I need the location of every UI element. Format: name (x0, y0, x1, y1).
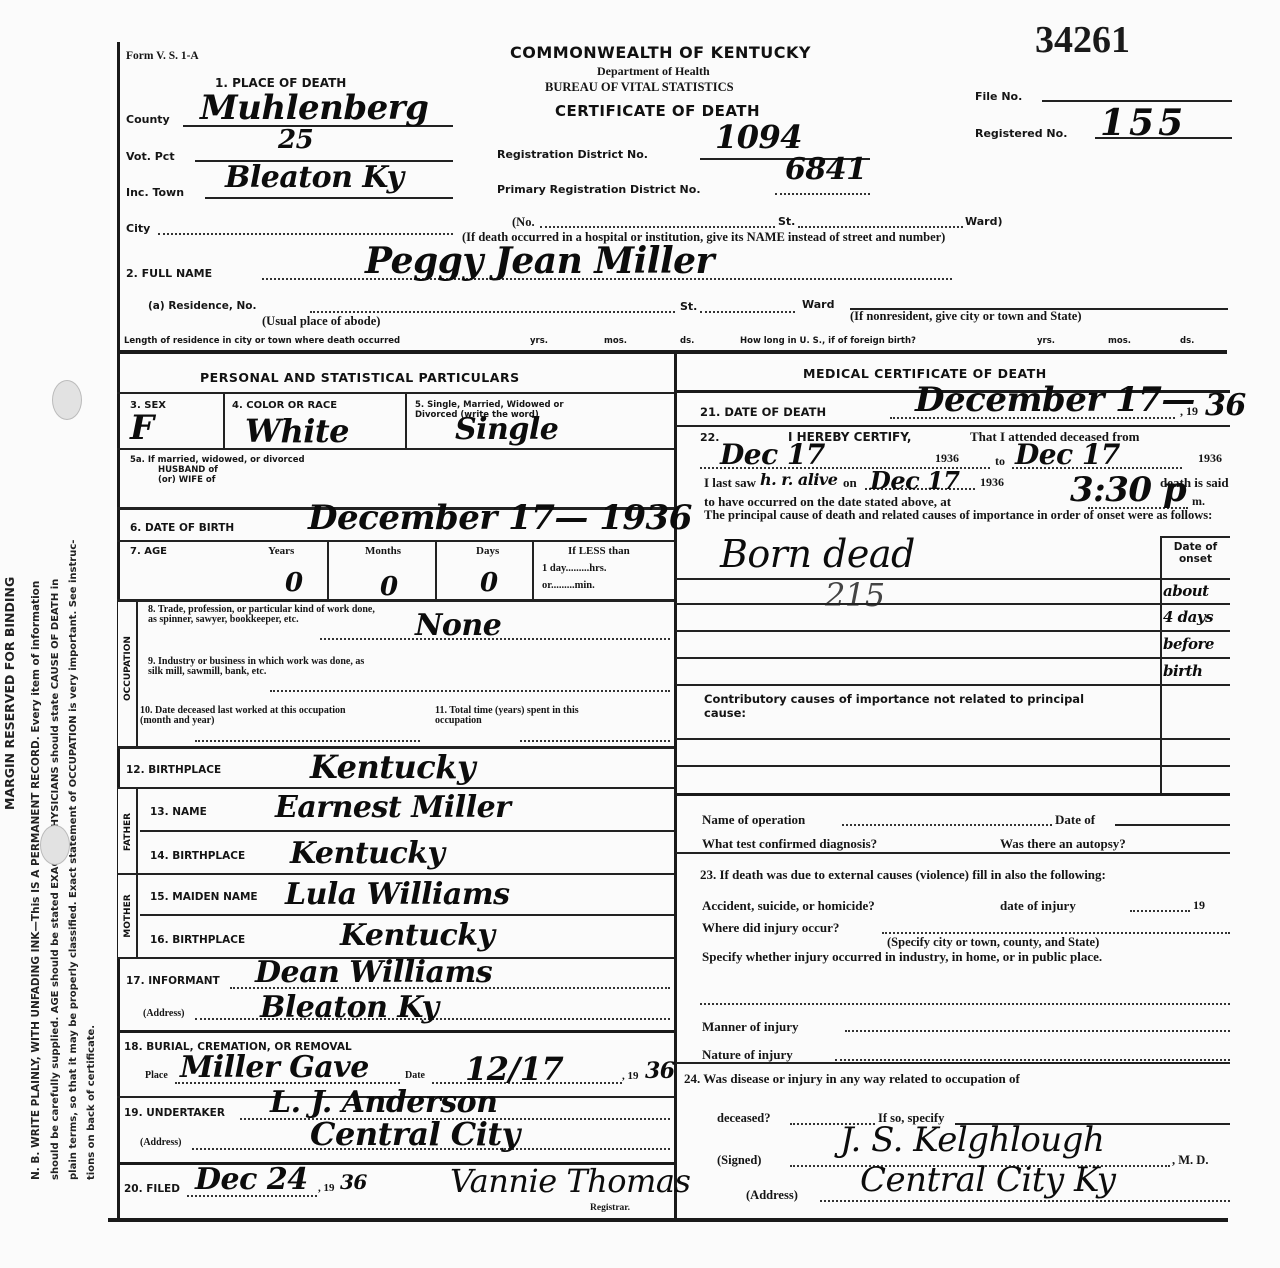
father-side-tag: FATHER (118, 789, 138, 875)
primary-district-value[interactable]: 6841 (785, 152, 867, 187)
dob-row-rule (117, 540, 674, 542)
age-years-value[interactable]: 0 (285, 568, 303, 598)
dob-label: 6. DATE OF BIRTH (130, 522, 234, 534)
father-name-label: 13. NAME (150, 806, 207, 818)
operation-date-label: Date of (1055, 812, 1095, 828)
city-line (158, 233, 453, 235)
public-place-line (700, 1003, 1230, 1005)
physician-address-label: (Address) (746, 1188, 798, 1203)
cause-line-5 (676, 684, 1230, 686)
specify-city-note: (Specify city or town, county, and State… (887, 935, 1099, 950)
cause-code-value[interactable]: 215 (825, 576, 885, 614)
inc-town-line (205, 197, 453, 199)
age-row-rule (117, 599, 674, 602)
personal-title-rule (117, 392, 674, 394)
informant-address-value[interactable]: Bleaton Ky (260, 990, 439, 1025)
time-value[interactable]: 3:30 p (1070, 470, 1186, 510)
informant-row-rule (117, 1030, 674, 1033)
total-time-label: 11. Total time (years) spent in this occ… (435, 706, 585, 726)
punch-hole-bottom (40, 825, 70, 865)
age-months-value[interactable]: 0 (380, 572, 398, 602)
birthplace-value[interactable]: Kentucky (310, 748, 475, 786)
father-birthplace-rule (117, 873, 674, 875)
street-no-label: (No. (512, 215, 535, 230)
foreign-birth-label: How long in U. S., if of foreign birth? (740, 336, 916, 346)
last-saw-year: 1936 (980, 475, 1004, 490)
street-st-line (798, 226, 963, 228)
operation-date-line (1115, 824, 1230, 826)
last-worked-label: 10. Date deceased last worked at this oc… (140, 706, 360, 726)
last-saw-on-label: on (843, 475, 857, 491)
informant-value[interactable]: Dean Williams (255, 955, 492, 990)
spouse-label-1: 5a. If married, widowed, or divorced (130, 455, 305, 465)
date-of-death-year-value[interactable]: 36 (1205, 388, 1246, 423)
race-label: 4. COLOR OR RACE (232, 400, 337, 411)
age-days-label: Days (476, 545, 499, 557)
md-label: , M. D. (1172, 1153, 1208, 1168)
last-saw-who[interactable]: h. r. alive (760, 470, 837, 489)
sex-value[interactable]: F (130, 408, 154, 448)
undertaker-address-label: (Address) (140, 1137, 181, 1148)
last-saw-label: I last saw (704, 475, 756, 491)
margin-instructions-line4: tions on back of certificate. (86, 1025, 97, 1180)
frame-bottom-border (108, 1218, 1228, 1222)
certify-number: 22. (700, 431, 720, 444)
onset-line-4[interactable]: birth (1163, 662, 1202, 680)
registered-no-label: Registered No. (975, 127, 1067, 140)
contributory-bottom-rule (676, 793, 1230, 796)
cause-line-1 (676, 578, 1230, 580)
street-st-label: St. (778, 215, 795, 228)
department-label: Department of Health (597, 64, 710, 79)
contributory-label: Contributory causes of importance not re… (704, 692, 1124, 720)
inc-town-label: Inc. Town (126, 186, 184, 199)
header-bottom-rule (117, 350, 1227, 354)
operation-label: Name of operation (702, 812, 805, 828)
physician-address-line (820, 1200, 1230, 1202)
county-label: County (126, 113, 170, 126)
registration-district-label: Registration District No. (497, 148, 648, 161)
where-injury-line (882, 932, 1230, 934)
time-m-label: m. (1192, 494, 1205, 509)
occupation-related-label: 24. Was disease or injury in any way rel… (684, 1071, 1020, 1087)
injury-date-label: date of injury (1000, 898, 1076, 914)
attended-from-year: 1936 (935, 451, 959, 466)
informant-address-label: (Address) (143, 1008, 184, 1019)
residence-st-line (700, 311, 795, 313)
test-autopsy-rule (676, 852, 1230, 854)
contributory-line-1 (676, 738, 1230, 740)
father-name-value[interactable]: Earnest Miller (275, 790, 511, 825)
length-mos-label: mos. (604, 336, 627, 346)
signed-label: (Signed) (717, 1153, 761, 1168)
registrar-signature[interactable]: Vannie Thomas (450, 1162, 690, 1200)
form-id: Form V. S. 1-A (126, 50, 199, 62)
external-causes-label: 23. If death was due to external causes … (702, 868, 1242, 881)
total-time-line (520, 740, 670, 742)
mother-birthplace-value[interactable]: Kentucky (340, 918, 494, 953)
operation-line (842, 824, 1052, 826)
primary-district-label: Primary Registration District No. (497, 183, 701, 196)
onset-box-top (1160, 536, 1230, 538)
industry-label: 9. Industry or business in which work wa… (148, 657, 368, 677)
trade-label: 8. Trade, profession, or particular kind… (148, 605, 378, 625)
burial-place-value[interactable]: Miller Gave (180, 1050, 369, 1085)
registered-no-value[interactable]: 155 (1100, 102, 1187, 144)
industry-line (270, 690, 670, 692)
onset-line-3[interactable]: before (1163, 635, 1214, 653)
margin-instructions-line2: should be carefully supplied. AGE should… (50, 579, 61, 1180)
margin-binding-label: MARGIN RESERVED FOR BINDING (2, 577, 17, 810)
less-than-min: or.........min. (542, 580, 595, 591)
onset-box-left (1160, 536, 1162, 796)
filed-date-value[interactable]: Dec 24 (195, 1162, 308, 1197)
informant-label: 17. INFORMANT (126, 975, 220, 987)
residence-label: (a) Residence, No. (148, 300, 257, 312)
nonresident-note: (If nonresident, give city or town and S… (850, 309, 1081, 324)
burial-year-value[interactable]: 36 (645, 1058, 675, 1084)
contributory-line-2 (676, 765, 1230, 767)
medical-section-title: MEDICAL CERTIFICATE OF DEATH (803, 366, 1047, 381)
nature-injury-line (835, 1059, 1230, 1061)
filed-year-value[interactable]: 36 (340, 1170, 367, 1194)
onset-line-1[interactable]: about (1163, 582, 1209, 600)
length-yrs-label: yrs. (530, 336, 548, 346)
mother-maiden-value[interactable]: Lula Williams (285, 877, 510, 912)
file-no-label: File No. (975, 90, 1022, 103)
burial-year-prefix: , 19 (622, 1070, 639, 1082)
residence-note: (Usual place of abode) (262, 314, 380, 329)
filed-label: 20. FILED (124, 1183, 180, 1195)
marital-row-rule (117, 448, 674, 450)
bureau-label: BUREAU OF VITAL STATISTICS (545, 80, 734, 95)
binding-margin: MARGIN RESERVED FOR BINDING N. B. WRITE … (0, 80, 105, 1200)
burial-date-label: Date (405, 1070, 425, 1081)
manner-injury-label: Manner of injury (702, 1019, 799, 1035)
last-worked-line (195, 740, 420, 742)
trade-value[interactable]: None (415, 608, 501, 643)
foreign-ds-label: ds. (1180, 336, 1194, 346)
manner-injury-line (845, 1030, 1230, 1032)
birthplace-label: 12. BIRTHPLACE (126, 764, 221, 776)
residence-st-label: St. (680, 300, 697, 313)
full-name-value[interactable]: Peggy Jean Miller (365, 240, 714, 282)
cause-line-2 (676, 603, 1230, 605)
onset-label: Date of onset (1168, 541, 1223, 565)
last-saw-date[interactable]: Dec 17 (870, 466, 959, 495)
father-name-rule (140, 830, 674, 832)
cause-line-3 (676, 630, 1230, 632)
mother-maiden-label: 15. MAIDEN NAME (150, 891, 258, 903)
registrar-label: Registrar. (590, 1203, 630, 1213)
attended-to-value[interactable]: Dec 17 (1015, 438, 1120, 471)
birthplace-row-rule (117, 787, 674, 789)
city-label: City (126, 222, 150, 235)
specify-whether-label: Specify whether injury occurred in indus… (702, 950, 1242, 963)
test-label: What test confirmed diagnosis? (702, 836, 877, 852)
nature-injury-rule (676, 1062, 1230, 1064)
where-injury-label: Where did injury occur? (702, 920, 839, 936)
margin-instructions-line3: plain terms, so that it may be properly … (68, 540, 79, 1180)
age-years-divider (327, 541, 329, 600)
punch-hole-top (52, 380, 82, 420)
deceased-label: deceased? (717, 1111, 770, 1126)
marital-value[interactable]: Single (455, 412, 558, 447)
date-of-death-label: 21. DATE OF DEATH (700, 405, 826, 419)
foreign-mos-label: mos. (1108, 336, 1131, 346)
age-days-divider (532, 541, 534, 600)
age-years-label: Years (268, 545, 294, 557)
margin-instructions-line1: N. B. WRITE PLAINLY, WITH UNFADING INK—T… (30, 581, 42, 1180)
full-name-label: 2. FULL NAME (126, 267, 212, 280)
spouse-label-2: HUSBAND of (158, 465, 218, 475)
age-months-label: Months (365, 545, 401, 557)
vot-pct-value[interactable]: 25 (278, 125, 313, 155)
age-months-divider (435, 541, 437, 600)
mother-birthplace-label: 16. BIRTHPLACE (150, 934, 245, 946)
physician-address-value[interactable]: Central City Ky (860, 1160, 1115, 1200)
undertaker-label: 19. UNDERTAKER (124, 1107, 225, 1119)
accident-label: Accident, suicide, or homicide? (702, 898, 875, 914)
street-no-line (540, 226, 775, 228)
attended-to-year: 1936 (1198, 451, 1222, 466)
autopsy-label: Was there an autopsy? (1000, 836, 1126, 852)
residence-ward-label: Ward (802, 298, 834, 311)
attended-from-value[interactable]: Dec 17 (720, 438, 825, 471)
sex-race-divider (223, 393, 225, 449)
primary-district-line (775, 193, 870, 195)
length-residence-label: Length of residence in city or town wher… (124, 336, 400, 346)
father-birthplace-label: 14. BIRTHPLACE (150, 850, 245, 862)
injury-date-line (1130, 910, 1190, 912)
dob-value[interactable]: December 17— 1936 (308, 498, 692, 538)
principal-cause-value[interactable]: Born dead (720, 532, 915, 576)
race-marital-divider (405, 393, 407, 449)
physician-signature[interactable]: J. S. Kelghlough (840, 1120, 1104, 1160)
personal-section-title: PERSONAL AND STATISTICAL PARTICULARS (200, 370, 520, 385)
date-of-death-rule (676, 425, 1230, 427)
length-ds-label: ds. (680, 336, 694, 346)
race-value[interactable]: White (245, 412, 349, 450)
county-value[interactable]: Muhlenberg (200, 88, 428, 128)
less-than-label: If LESS than (568, 545, 630, 557)
vot-pct-label: Vot. Pct (126, 150, 175, 163)
inc-town-value[interactable]: Bleaton Ky (225, 160, 404, 195)
mother-maiden-rule (140, 914, 674, 916)
center-divider (674, 354, 677, 1220)
certificate-number: 34261 (1035, 18, 1130, 62)
residence-no-line (310, 311, 675, 313)
street-ward-label: Ward) (965, 215, 1003, 228)
injury-year-label: 19 (1193, 898, 1205, 913)
less-than-hrs: 1 day.........hrs. (542, 563, 606, 574)
date-of-death-year-prefix: , 19 (1180, 404, 1198, 419)
state-title: COMMONWEALTH OF KENTUCKY (510, 43, 811, 62)
age-days-value[interactable]: 0 (480, 568, 498, 598)
attended-to-label: to (995, 454, 1005, 469)
nature-injury-label: Nature of injury (702, 1047, 793, 1063)
burial-date-value[interactable]: 12/17 (465, 1050, 563, 1088)
spouse-label-3: (or) WIFE of (158, 475, 215, 485)
filed-year-prefix: , 19 (318, 1182, 335, 1194)
father-birthplace-value[interactable]: Kentucky (290, 836, 444, 871)
mother-side-tag: MOTHER (118, 875, 138, 957)
burial-place-label: Place (145, 1070, 168, 1081)
onset-line-2[interactable]: 4 days (1163, 608, 1213, 626)
principal-cause-text: The principal cause of death and related… (704, 509, 1244, 522)
undertaker-address-value[interactable]: Central City (310, 1115, 520, 1153)
date-of-death-value[interactable]: December 17— (915, 380, 1195, 420)
foreign-yrs-label: yrs. (1037, 336, 1055, 346)
age-label: 7. AGE (130, 546, 167, 557)
registration-district-value[interactable]: 1094 (715, 118, 802, 156)
occupation-side-tag: OCCUPATION (118, 602, 138, 746)
cause-line-4 (676, 657, 1230, 659)
